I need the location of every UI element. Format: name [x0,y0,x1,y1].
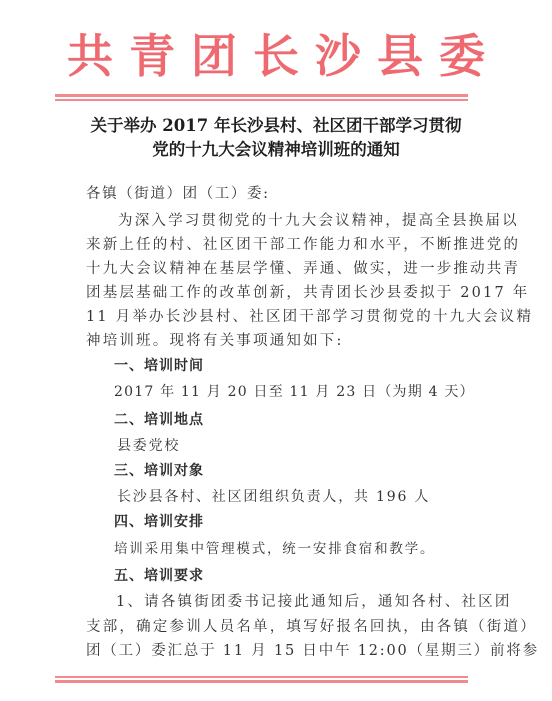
section-content-participants: 长沙县各村、社区团组织负责人，共 196 人 [117,487,430,507]
footer-rule-thin [55,676,468,678]
requirements-line-3: 团（工）委汇总于 11 月 15 日中午 12:00（星期三）前将参 [86,641,474,661]
section-content-location: 县委党校 [117,436,180,456]
section-heading-requirements: 五、培训要求 [114,566,204,586]
section-content-time: 2017 年 11 月 20 日至 11 月 23 日（为期 4 天） [114,382,475,402]
document-title-line-1: 关于举办 2017 年长沙县村、社区团干部学习贯彻 [0,114,552,138]
masthead-rule-thin [55,99,468,101]
section-heading-location: 二、培训地点 [114,410,204,430]
intro-line-5: 11 月举办长沙县村、社区团干部学习贯彻党的十九大会议精 [86,307,474,327]
intro-line-3: 十九大会议精神在基层学懂、弄通、做实，进一步推动共青 [86,259,474,279]
section-content-arrangement: 培训采用集中管理模式，统一安排食宿和教学。 [114,539,435,559]
salutation: 各镇（街道）团（工）委: [86,184,474,204]
document-title-line-2: 党的十九大会议精神培训班的通知 [0,138,552,162]
requirements-line-2: 支部，确定参训人员名单，填写好报名回执，由各镇（街道） [86,617,474,637]
intro-line-4: 团基层基础工作的改革创新，共青团长沙县委拟于 2017 年 [86,283,474,303]
masthead-org-name: 共青团长沙县委 [0,28,552,84]
intro-line-1: 为深入学习贯彻党的十九大会议精神，提高全县换届以 [118,211,506,231]
section-heading-time: 一、培训时间 [114,356,204,376]
section-heading-arrangement: 四、培训安排 [114,512,204,532]
intro-line-2: 来新上任的村、社区团干部工作能力和水平，不断推进党的 [86,235,474,255]
intro-line-6: 神培训班。现将有关事项通知如下: [86,331,474,351]
requirements-line-1: 1、请各镇街团委书记接此通知后，通知各村、社区团 [116,592,504,612]
footer-rule-thick [55,680,468,683]
section-heading-participants: 三、培训对象 [114,461,204,481]
masthead-rule-thick [55,94,468,97]
